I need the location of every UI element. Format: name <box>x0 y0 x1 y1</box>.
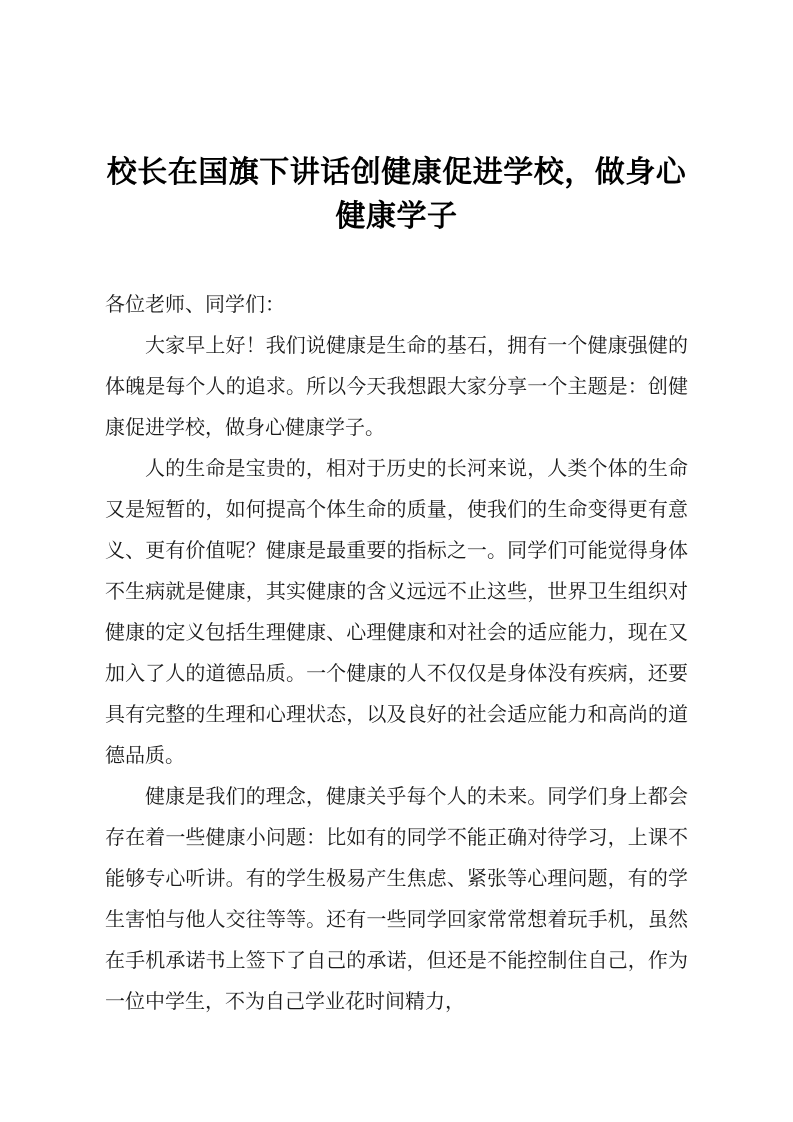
document-title: 校长在国旗下讲话创健康促进学校，做身心健康学子 <box>105 151 688 239</box>
document-page: 校长在国旗下讲话创健康促进学校，做身心健康学子 各位老师、同学们： 大家早上好！… <box>0 0 793 1122</box>
paragraph-health-definition: 人的生命是宝贵的，相对于历史的长河来说，人类个体的生命又是短暂的，如何提高个体生… <box>105 449 688 777</box>
paragraph-salutation: 各位老师、同学们： <box>105 285 688 326</box>
document-body: 各位老师、同学们： 大家早上好！我们说健康是生命的基石，拥有一个健康强健的体魄是… <box>105 285 688 1023</box>
paragraph-greeting: 大家早上好！我们说健康是生命的基石，拥有一个健康强健的体魄是每个人的追求。所以今… <box>105 326 688 449</box>
paragraph-health-issues: 健康是我们的理念，健康关乎每个人的未来。同学们身上都会存在着一些健康小问题：比如… <box>105 777 688 1023</box>
